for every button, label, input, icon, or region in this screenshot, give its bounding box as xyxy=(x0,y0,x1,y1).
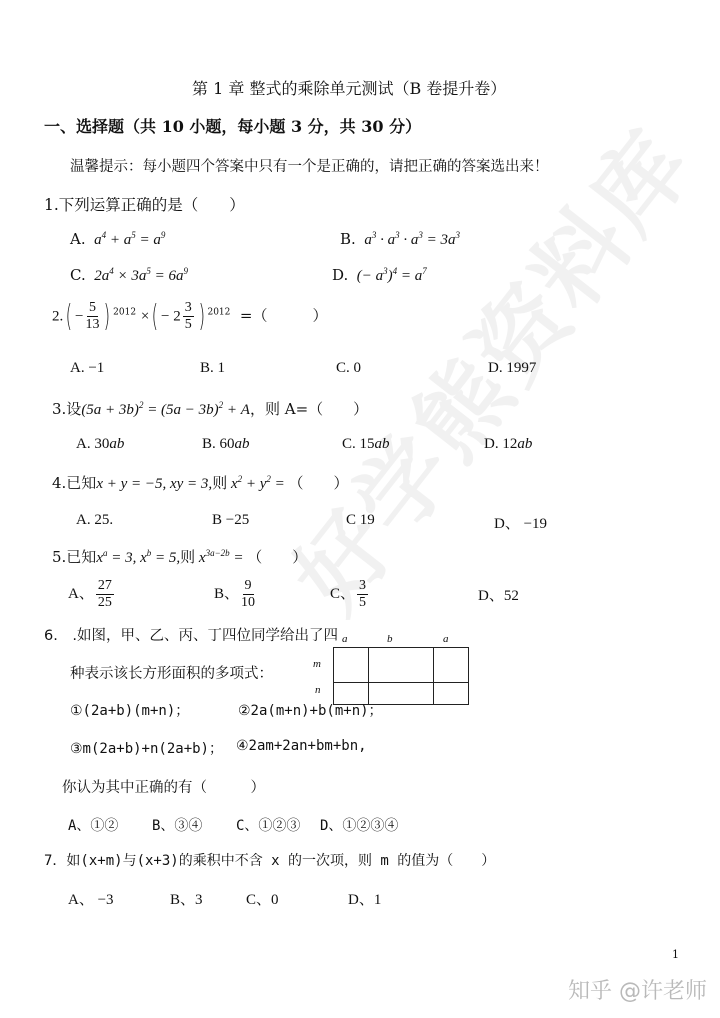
page-title: 第 1 章 整式的乘除单元测试（B 卷提升卷） xyxy=(192,76,506,99)
option-label: A. xyxy=(70,230,86,248)
label-a-left: a xyxy=(342,633,348,645)
question-6-stem-line2: 种表示该长方形面积的多项式： xyxy=(70,662,273,683)
question-4-stem: 4.已知x + y = −5, xy = 3,则 x2 + y2 = （ ） xyxy=(52,472,349,493)
question-2-option-c[interactable]: C. 0 xyxy=(336,360,361,377)
question-7-option-b[interactable]: B、3 xyxy=(170,888,203,909)
question-7-option-d[interactable]: D、1 xyxy=(348,888,381,909)
question-1-option-a[interactable]: A. a4 + a5 = a9 xyxy=(70,230,165,249)
expression-1: ①(2a+b)(m+n)； xyxy=(70,700,189,720)
brand-watermark: 知乎 @许老师 xyxy=(568,974,707,1005)
label-b: b xyxy=(387,633,393,645)
question-2-option-a[interactable]: A. −1 xyxy=(70,360,104,377)
question-6-stem-line1: 6. .如图，甲、乙、丙、丁四位同学给出了四 xyxy=(44,624,338,645)
question-1-option-b[interactable]: B. a3 · a3 · a3 = 3a3 xyxy=(340,230,460,249)
question-5-option-c[interactable]: C、35 xyxy=(330,578,370,611)
label-a-right: a xyxy=(443,633,449,645)
question-4-option-a[interactable]: A. 25. xyxy=(76,512,113,529)
label-m: m xyxy=(313,658,321,670)
question-6-option-c[interactable]: C、①②③ xyxy=(236,815,300,835)
question-4-option-d[interactable]: D、 −19 xyxy=(494,512,547,533)
rectangle-grid xyxy=(333,647,469,705)
question-5-option-d[interactable]: D、52 xyxy=(478,584,519,605)
question-3-option-a[interactable]: A. 30ab xyxy=(76,436,124,453)
question-5-option-a[interactable]: A、2725 xyxy=(68,578,116,611)
question-4-option-c[interactable]: C 19 xyxy=(346,512,375,529)
option-label: D. xyxy=(332,266,348,284)
question-4-option-b[interactable]: B −25 xyxy=(212,512,249,529)
expression-3: ③m(2a+b)+n(2a+b)； xyxy=(70,738,223,758)
question-6-ask: 你认为其中正确的有（ ） xyxy=(62,776,265,797)
question-2-option-d[interactable]: D. 1997 xyxy=(488,360,536,377)
option-label: B. xyxy=(340,230,356,248)
section-heading: 一、选择题（共 10 小题，每小题 3 分，共 30 分） xyxy=(44,114,421,137)
question-6-option-d[interactable]: D、①②③④ xyxy=(320,815,398,835)
question-1-stem: 1.下列运算正确的是（ ） xyxy=(44,193,245,215)
question-5-stem: 5.已知xa = 3, xb = 5,则 x3a−2b = （ ） xyxy=(52,546,307,567)
question-3-option-c[interactable]: C. 15ab xyxy=(342,436,390,453)
question-7-option-c[interactable]: C、0 xyxy=(246,888,279,909)
question-3-option-b[interactable]: B. 60ab xyxy=(202,436,250,453)
expression-4: ④2am+2an+bm+bn, xyxy=(236,738,367,754)
option-label: C. xyxy=(70,266,86,284)
question-5-option-b[interactable]: B、910 xyxy=(214,578,257,611)
expression-2: ②2a(m+n)+b(m+n)； xyxy=(238,700,383,720)
question-3-stem: 3.设(5a + 3b)2 = (5a − 3b)2 + A，则 A=（ ） xyxy=(52,398,368,419)
question-3-option-d[interactable]: D. 12ab xyxy=(484,436,532,453)
hint-text: 温馨提示：每小题四个答案中只有一个是正确的，请把正确的答案选出来！ xyxy=(70,155,549,176)
page-number: 1 xyxy=(672,948,679,961)
question-6-option-a[interactable]: A、①② xyxy=(68,815,118,835)
question-1-option-c[interactable]: C. 2a4 × 3a5 = 6a9 xyxy=(70,266,188,285)
question-2-stem: 2.(−513)2012 ×(− 235)2012 =（ ） xyxy=(52,300,328,333)
question-6-option-b[interactable]: B、③④ xyxy=(152,815,202,835)
question-7-option-a[interactable]: A、 −3 xyxy=(68,888,114,909)
question-1-option-d[interactable]: D. (− a3)4 = a7 xyxy=(332,266,427,285)
question-2-option-b[interactable]: B. 1 xyxy=(200,360,225,377)
label-n: n xyxy=(315,684,321,696)
question-7-stem: 7．如(x+m)与(x+3)的乘积中不含 x 的一次项，则 m 的值为（ ） xyxy=(44,850,495,870)
